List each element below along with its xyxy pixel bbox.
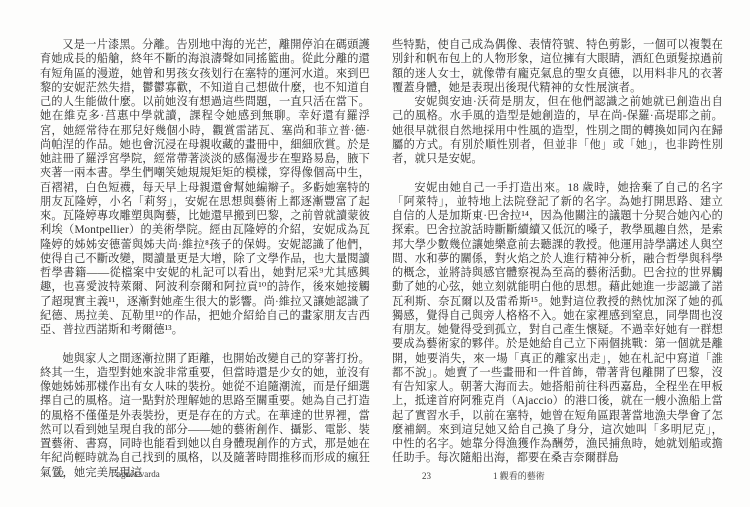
paragraph: 安妮由她自己一手打造出來。18 歲時，她捨棄了自己的名字「阿萊特」，並特地上法院… — [392, 181, 723, 466]
paragraph: 又是一片漆黑。分離。告別地中海的光芒，離開停泊在碼頭護育她成長的船艙，終年不斷的… — [40, 38, 370, 337]
right-page-body: 些特點，使自己成為偶像、表情符號、特色剪影，一個可以複製在別針和帆布包上的人物形… — [392, 38, 723, 466]
page-number: 23 — [422, 471, 431, 481]
running-footer: agnès varda — [117, 469, 160, 479]
left-page-body: 又是一片漆黑。分離。告別地中海的光芒，離開停泊在碼頭護育她成長的船艙，終年不斷的… — [40, 38, 370, 480]
left-page-footer: 22 agnès varda — [40, 469, 370, 479]
running-footer: 1 觀看的藝術 — [493, 469, 545, 482]
paragraph: 安妮與安迪·沃荷是朋友，但在他們認識之前她就已創造出自己的風格。水手風的造型是她… — [392, 95, 723, 166]
left-page: 又是一片漆黑。分離。告別地中海的光芒，離開停泊在碼頭護育她成長的船艙，終年不斷的… — [40, 0, 370, 507]
paragraph: 些特點，使自己成為偶像、表情符號、特色剪影，一個可以複製在別針和帆布包上的人物形… — [392, 38, 723, 95]
right-page-footer: 23 1 觀看的藝術 — [392, 469, 723, 482]
paragraph: 她與家人之間逐漸拉開了距離，也開始改變自己的穿著打扮。終其一生，造型對她來說非常… — [40, 352, 370, 480]
right-page: 些特點，使自己成為偶像、表情符號、特色剪影，一個可以複製在別針和帆布包上的人物形… — [392, 0, 723, 507]
book-spread: 又是一片漆黑。分離。告別地中海的光芒，離開停泊在碼頭護育她成長的船艙，終年不斷的… — [0, 0, 750, 507]
page-number: 22 — [55, 469, 64, 479]
